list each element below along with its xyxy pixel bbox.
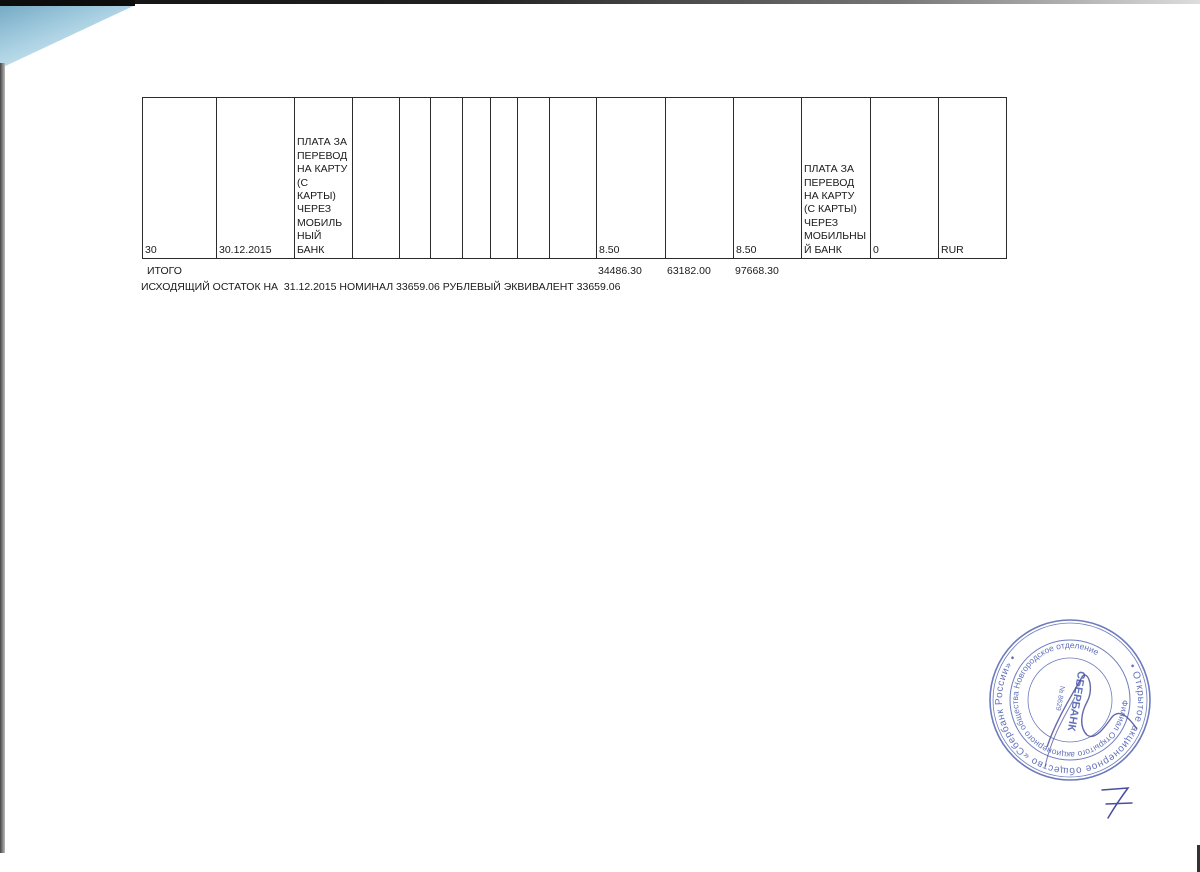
cell-amount: 8.50 — [734, 98, 802, 259]
cell-empty — [550, 98, 597, 259]
statement-table: 30 30.12.2015 ПЛАТА ЗА ПЕРЕВОД НА КАРТУ … — [142, 97, 1007, 259]
cell-code: 0 — [871, 98, 939, 259]
cell-number: 30 — [143, 98, 217, 259]
stamp-number: № 8629 — [1054, 685, 1065, 711]
totals-credit: 63182.00 — [667, 265, 711, 277]
handwritten-seven-icon — [1098, 782, 1138, 822]
cell-date: 30.12.2015 — [217, 98, 295, 259]
totals-label: ИТОГО — [147, 265, 182, 277]
scan-edge-left — [0, 63, 5, 853]
cell-description: ПЛАТА ЗА ПЕРЕВОД НА КАРТУ (С КАРТЫ) ЧЕРЕ… — [295, 98, 353, 259]
cell-empty — [518, 98, 550, 259]
scan-fold-corner — [0, 0, 135, 66]
cell-credit — [666, 98, 734, 259]
bank-stamp: • Открытое акционерное общество «Сбербан… — [987, 617, 1153, 783]
totals-turnover: 97668.30 — [735, 265, 779, 277]
cell-empty — [431, 98, 463, 259]
cell-debit: 8.50 — [597, 98, 666, 259]
totals-debit: 34486.30 — [598, 265, 642, 277]
cell-empty — [400, 98, 431, 259]
page-number-handwritten — [1098, 782, 1138, 822]
cell-currency: RUR — [939, 98, 1007, 259]
table-row: 30 30.12.2015 ПЛАТА ЗА ПЕРЕВОД НА КАРТУ … — [143, 98, 1007, 259]
cell-empty — [463, 98, 491, 259]
scan-edge-top — [0, 0, 1200, 4]
stamp-seal-icon: • Открытое акционерное общество «Сбербан… — [987, 617, 1153, 783]
closing-balance-line: ИСХОДЯЩИЙ ОСТАТОК НА 31.12.2015 НОМИНАЛ … — [141, 281, 620, 293]
scan-edge-dark — [0, 0, 135, 6]
totals-row: ИТОГО 34486.30 63182.00 97668.30 — [0, 265, 1200, 281]
cell-empty — [353, 98, 400, 259]
cell-empty — [491, 98, 518, 259]
cell-purpose: ПЛАТА ЗА ПЕРЕВОД НА КАРТУ (С КАРТЫ) ЧЕРЕ… — [802, 98, 871, 259]
